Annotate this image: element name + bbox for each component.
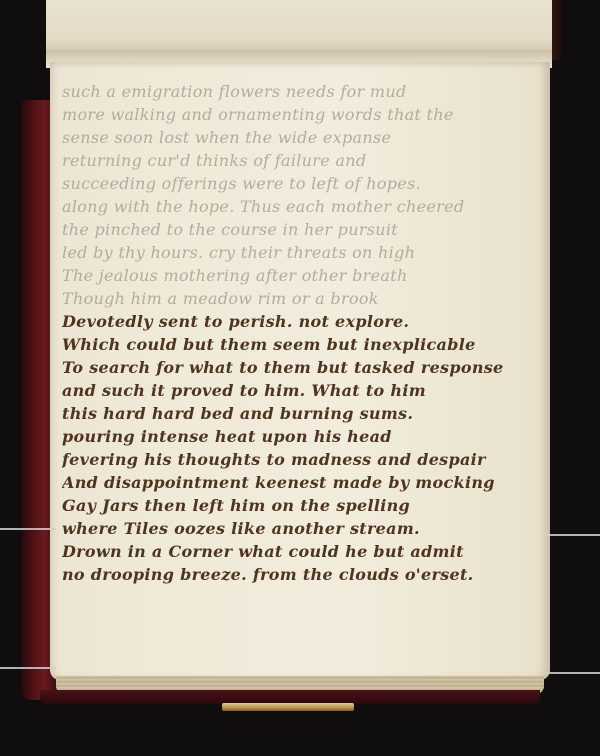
mounting-wire [545, 672, 600, 674]
faint-text-line: sense soon lost when the wide expanse [62, 126, 546, 149]
faint-text-line: succeeding offerings were to left of hop… [62, 172, 546, 195]
dark-text-line: fevering his thoughts to madness and des… [62, 448, 546, 471]
dark-text-line: no drooping breeze. from the clouds o'er… [62, 563, 546, 586]
faint-text-line: such a emigration flowers needs for mud [62, 80, 546, 103]
faint-text-line: the pinched to the course in her pursuit [62, 218, 546, 241]
dark-text-line: And disappointment keenest made by mocki… [62, 471, 546, 494]
brass-clasp [222, 703, 354, 711]
mounting-wire [0, 528, 56, 530]
dark-text-line: and such it proved to him. What to him [62, 379, 546, 402]
dark-text-line: Which could but them seem but inexplicab… [62, 333, 546, 356]
dark-text-line: pouring intense heat upon his head [62, 425, 546, 448]
faint-text-line: Though him a meadow rim or a brook [62, 287, 546, 310]
faint-text-line: more walking and ornamenting words that … [62, 103, 546, 126]
dark-text-line: Gay Jars then left him on the spelling [62, 494, 546, 517]
faint-text-line: The jealous mothering after other breath [62, 264, 546, 287]
faint-text-line: along with the hope. Thus each mother ch… [62, 195, 546, 218]
notebook-photo: such a emigration flowers needs for mud … [0, 0, 600, 756]
handwritten-text: such a emigration flowers needs for mud … [62, 80, 546, 586]
dark-text-line: this hard hard bed and burning sums. [62, 402, 546, 425]
dark-text-line: where Tiles oozes like another stream. [62, 517, 546, 540]
dark-text-line: Drown in a Corner what could he but admi… [62, 540, 546, 563]
dark-text-line: To search for what to them but tasked re… [62, 356, 546, 379]
facing-page-top [46, 0, 552, 56]
faint-text-line: returning cur'd thinks of failure and [62, 149, 546, 172]
cover-bottom [40, 690, 540, 704]
dark-text-line: Devotedly sent to perish. not explore. [62, 310, 546, 333]
mounting-wire [545, 534, 600, 536]
faint-text-line: led by thy hours. cry their threats on h… [62, 241, 546, 264]
mounting-wire [0, 667, 56, 669]
